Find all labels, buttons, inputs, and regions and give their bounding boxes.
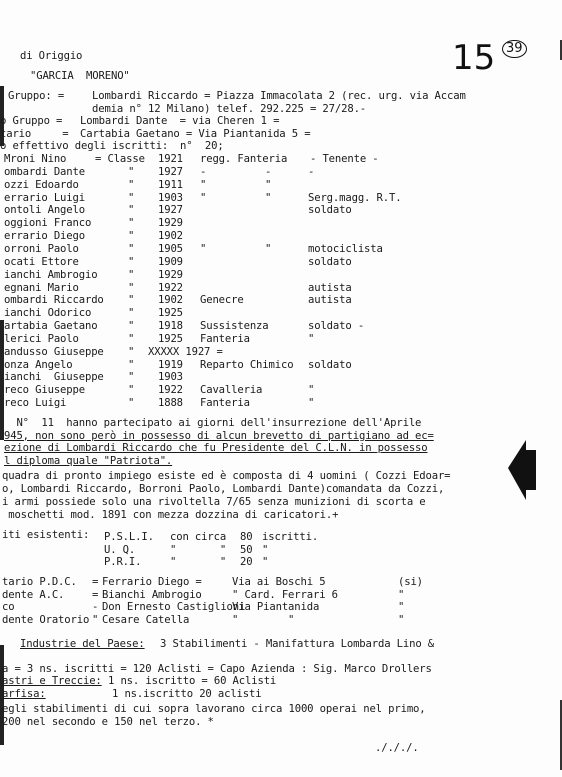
official-note: " (398, 614, 404, 626)
leadership-label: o effettivo degli iscritti: (0, 140, 168, 152)
member-rank: autista (308, 294, 352, 306)
document-page: di Origgio "GARCIA MORENO" 15 39 Gruppo:… (0, 0, 562, 777)
official-role: co (2, 601, 14, 613)
leadership-value: n° 20; (180, 140, 224, 152)
member-year: XXXXX 1927 = (148, 346, 223, 358)
member-rank: soldato (308, 204, 352, 216)
party-prefix: con circa (170, 531, 226, 543)
member-year: 1909 (158, 256, 183, 268)
member-ditto: " (128, 359, 134, 371)
party-name: P.S.L.I. (104, 531, 154, 543)
member-ditto: " (128, 256, 134, 268)
member-name: ontoli Angelo (4, 204, 85, 216)
member-name: ianchi Ambrogio (4, 269, 97, 281)
member-ditto: " (128, 320, 134, 332)
official-address: " Card. Ferrari 6 (232, 589, 338, 601)
official-person: Don Ernesto Castiglioni (102, 601, 245, 613)
official-note: " (398, 589, 404, 601)
member-name: reco Luigi (4, 397, 66, 409)
member-year: 1929 (158, 269, 183, 281)
member-name: ianchi Odorico (4, 307, 91, 319)
section-name: "GARCIA MORENO" (30, 70, 130, 82)
official-person: Bianchi Ambrogio (102, 589, 202, 601)
member-year: 1919 (158, 359, 183, 371)
member-year: 1922 (158, 282, 183, 294)
member-year: 1902 (158, 230, 183, 242)
member-unit: " (265, 179, 271, 191)
official-separator: - (92, 601, 98, 613)
member-ditto: " (128, 243, 134, 255)
official-role: tario P.D.C. (2, 576, 77, 588)
member-ditto: " (128, 204, 134, 216)
member-year: 1921 (158, 153, 183, 165)
member-unit: " (265, 192, 271, 204)
place-name: di Origgio (20, 50, 82, 62)
member-ditto: " (128, 269, 134, 281)
paragraph-line: 945, non sono però in possesso di alcun … (4, 430, 434, 442)
leadership-label: tario = (0, 128, 69, 140)
paragraph-line: egli stabilimenti di cui sopra lavorano … (2, 703, 426, 715)
member-unit: regg. Fanteria (200, 153, 287, 165)
member-year: 1911 (158, 179, 183, 191)
member-year: 1925 (158, 333, 183, 345)
end-mark: ./././. (375, 742, 419, 754)
official-role: dente Oratorio (2, 614, 89, 626)
member-rank: autista (308, 282, 352, 294)
member-rank: " (308, 384, 314, 396)
official-address: " " (232, 614, 294, 626)
member-name: ombardi Dante (4, 166, 85, 178)
party-count: 20 (240, 556, 252, 568)
member-ditto: " (128, 333, 134, 345)
member-ditto: " (128, 346, 134, 358)
member-rank: Serg.magg. R.T. (308, 192, 401, 204)
member-ditto: " (128, 307, 134, 319)
member-rank: soldato - (308, 320, 364, 332)
party-suffix: iscritti. (262, 531, 318, 543)
member-ditto: = Classe (95, 153, 145, 165)
official-note: " (398, 601, 404, 613)
member-name: errario Diego (4, 230, 85, 242)
leadership-label: o Gruppo = (0, 115, 62, 127)
member-ditto: " (128, 294, 134, 306)
member-name: errario Luigi (4, 192, 85, 204)
paragraph-line: quadra di pronto impiego esiste ed è com… (2, 470, 450, 482)
parties-label: iti esistenti: (2, 529, 89, 541)
paragraph-line: N° 11 hanno partecipato ai giorni dell'i… (4, 417, 421, 429)
member-ditto: " (128, 282, 134, 294)
member-name: ocati Ettore (4, 256, 79, 268)
member-unit: " (200, 243, 206, 255)
party-name: U. Q. (104, 544, 135, 556)
paragraph-line: i armi possiede solo una rivoltella 7/65… (2, 496, 426, 508)
member-rank: " (308, 397, 314, 409)
member-unit: Genecre (200, 294, 244, 306)
member-name: andusso Giuseppe (4, 346, 104, 358)
member-ditto: " (128, 166, 134, 178)
member-ditto: " (128, 217, 134, 229)
industry-text: 3 Stabilimenti - Manifattura Lombarda Li… (160, 638, 434, 650)
member-ditto: " (128, 397, 134, 409)
party-count: 50 (240, 544, 252, 556)
leadership-value: Cartabia Gaetano = Via Piantanida 5 = (80, 128, 310, 140)
member-name: ianchi Giuseppe (4, 371, 104, 383)
official-address: Via ai Boschi 5 (232, 576, 325, 588)
member-name: Mroni Nino (4, 153, 66, 165)
member-unit: Cavalleria (200, 384, 262, 396)
member-rank: soldato (308, 359, 352, 371)
member-ditto: " (128, 230, 134, 242)
member-name: artabia Gaetano (4, 320, 97, 332)
member-rank: - Tenente - (310, 153, 379, 165)
member-year: 1922 (158, 384, 183, 396)
arrow-pointer-icon (508, 440, 538, 500)
member-year: 1927 (158, 204, 183, 216)
industry-text: 1 ns. iscritto = 60 Aclisti (108, 675, 276, 687)
leadership-value: Lombardi Riccardo = Piazza Immacolata 2 … (92, 90, 466, 102)
handwritten-page-number: 15 (452, 38, 495, 78)
industry-label: arfisa: (2, 688, 46, 700)
member-year: 1903 (158, 371, 183, 383)
paragraph-line: ezione di Lombardi Riccardo che fu Presi… (4, 442, 428, 454)
industry-label: a = 3 ns. iscritti = 120 Aclisti = Capo … (2, 663, 432, 675)
member-ditto: " (128, 192, 134, 204)
member-rank: " (308, 333, 314, 345)
member-unit: Fanteria (200, 333, 250, 345)
member-name: oggioni Franco (4, 217, 91, 229)
member-unit: - (200, 166, 206, 178)
industry-text: 1 ns.iscritto 20 aclisti (112, 688, 261, 700)
paragraph-line: l diploma quale "Patriota". (4, 455, 172, 467)
party-suffix: " (262, 544, 268, 556)
member-unit: " (200, 192, 206, 204)
official-person: Ferrario Diego = (102, 576, 202, 588)
member-unit: Reparto Chimico (200, 359, 293, 371)
official-note: (si) (398, 576, 423, 588)
leadership-value: demia n° 12 Milano) telef. 292.225 = 27/… (92, 103, 366, 115)
official-address: Via Piantanida (232, 601, 319, 613)
party-name: P.R.I. (104, 556, 141, 568)
official-separator: = (92, 589, 98, 601)
leadership-value: Lombardi Dante = via Cheren 1 = (80, 115, 279, 127)
member-year: 1918 (158, 320, 183, 332)
member-year: 1902 (158, 294, 183, 306)
member-rank: motociclista (308, 243, 383, 255)
paragraph-line: 200 nel secondo e 150 nel terzo. * (2, 716, 214, 728)
member-rank: soldato (308, 256, 352, 268)
member-unit: " (200, 179, 206, 191)
official-separator: " (92, 614, 98, 626)
member-unit: " (265, 243, 271, 255)
member-unit: Fanteria (200, 397, 250, 409)
member-name: ombardi Riccardo (4, 294, 104, 306)
circled-number: 39 (502, 40, 527, 58)
member-unit: - (265, 166, 271, 178)
member-year: 1903 (158, 192, 183, 204)
member-name: lerici Paolo (4, 333, 79, 345)
member-year: 1929 (158, 217, 183, 229)
member-unit: Sussistenza (200, 320, 269, 332)
member-name: onza Angelo (4, 359, 73, 371)
member-name: egnani Mario (4, 282, 79, 294)
member-year: 1925 (158, 307, 183, 319)
leadership-label: Gruppo: = (8, 90, 64, 102)
party-suffix: " (262, 556, 268, 568)
member-name: orroni Paolo (4, 243, 79, 255)
industries-heading: Industrie del Paese: (20, 638, 145, 650)
member-name: reco Giuseppe (4, 384, 85, 396)
member-year: 1927 (158, 166, 183, 178)
member-rank: - (308, 166, 314, 178)
member-name: ozzi Edoardo (4, 179, 79, 191)
party-prefix: " " (170, 544, 226, 556)
paragraph-line: moschetti mod. 1891 con mezza dozzina di… (2, 509, 338, 521)
official-role: dente A.C. (2, 589, 64, 601)
party-prefix: " " (170, 556, 226, 568)
member-year: 1905 (158, 243, 183, 255)
official-person: Cesare Catella (102, 614, 189, 626)
member-ditto: " (128, 384, 134, 396)
party-count: 80 (240, 531, 252, 543)
paragraph-line: o, Lombardi Riccardo, Borroni Paolo, Lom… (2, 483, 444, 495)
member-year: 1888 (158, 397, 183, 409)
member-ditto: " (128, 179, 134, 191)
official-separator: = (92, 576, 98, 588)
member-ditto: " (128, 371, 134, 383)
industry-label: astri e Treccie: (2, 675, 102, 687)
